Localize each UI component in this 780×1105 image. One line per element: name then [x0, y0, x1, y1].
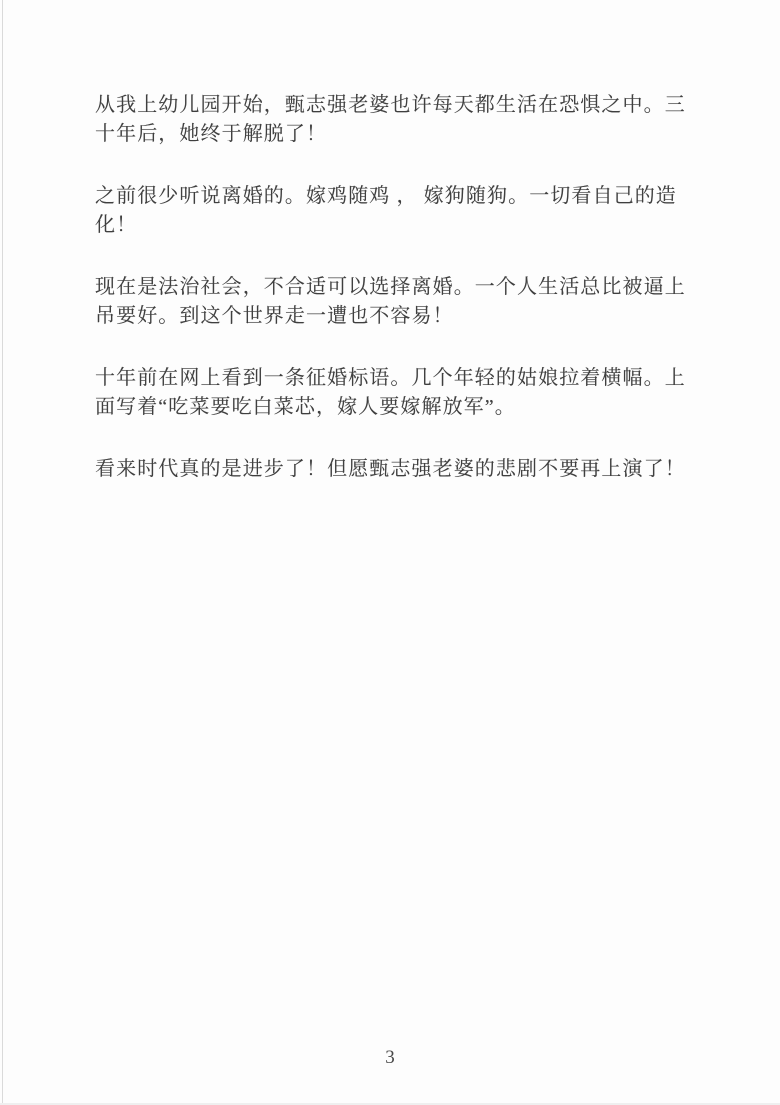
text-line: 化！	[95, 211, 735, 240]
paragraph: 看来时代真的是进步了！但愿甄志强老婆的悲剧不要再上演了！	[95, 455, 735, 484]
page-number: 3	[0, 1046, 780, 1070]
text-line: 十年前在网上看到一条征婚标语。几个年轻的姑娘拉着横幅。上	[95, 364, 735, 393]
paragraph: 从我上幼儿园开始，甄志强老婆也许每天都生活在恐惧之中。三 十年后，她终于解脱了！	[95, 91, 735, 149]
text-line: 吊要好。到这个世界走一遭也不容易！	[95, 302, 735, 331]
paragraph: 现在是法治社会，不合适可以选择离婚。一个人生活总比被逼上 吊要好。到这个世界走一…	[95, 273, 735, 331]
text-line: 看来时代真的是进步了！但愿甄志强老婆的悲剧不要再上演了！	[95, 455, 735, 484]
text-line: 从我上幼儿园开始，甄志强老婆也许每天都生活在恐惧之中。三	[95, 91, 735, 120]
text-line: 十年后，她终于解脱了！	[95, 120, 735, 149]
paragraph: 之前很少听说离婚的。嫁鸡随鸡 ， 嫁狗随狗。一切看自己的造 化！	[95, 182, 735, 240]
document-page: 从我上幼儿园开始，甄志强老婆也许每天都生活在恐惧之中。三 十年后，她终于解脱了！…	[0, 0, 780, 1105]
scan-edge-left	[2, 0, 3, 1105]
paragraph: 十年前在网上看到一条征婚标语。几个年轻的姑娘拉着横幅。上 面写着“吃菜要吃白菜芯…	[95, 364, 735, 422]
page-body-text: 从我上幼儿园开始，甄志强老婆也许每天都生活在恐惧之中。三 十年后，她终于解脱了！…	[95, 91, 735, 517]
text-line: 面写着“吃菜要吃白菜芯，嫁人要嫁解放军”。	[95, 393, 735, 422]
text-line: 之前很少听说离婚的。嫁鸡随鸡 ， 嫁狗随狗。一切看自己的造	[95, 182, 735, 211]
text-line: 现在是法治社会，不合适可以选择离婚。一个人生活总比被逼上	[95, 273, 735, 302]
